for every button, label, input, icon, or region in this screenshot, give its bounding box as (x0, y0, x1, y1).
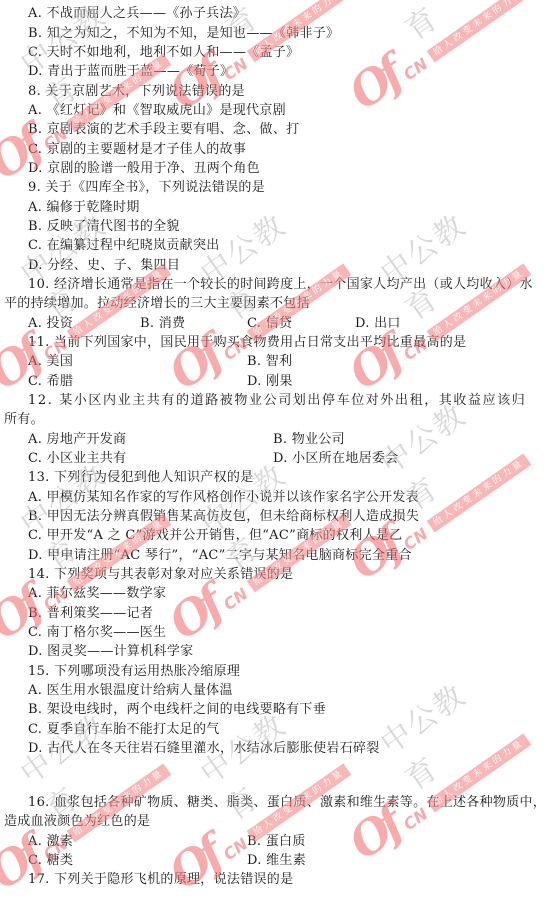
q15-option-c: C. 夏季自行车胎不能打太足的气 (0, 720, 550, 739)
q12-stem-line2: 所有。 (0, 410, 550, 429)
q13-option-a: A. 甲模仿某知名作家的写作风格创作小说并以该作家名字公开发表 (0, 488, 550, 507)
q10-option-c: C. 信贷 (247, 314, 292, 333)
q7-option-c: C. 天时不如地利，地利不如人和——《孟子》 (0, 43, 550, 62)
q14-stem: 14. 下列奖项与其表彰对象对应关系错误的是 (0, 565, 550, 584)
q13-option-c: C. 甲开发“A 之 C”游戏并公开销售，但“AC”商标的权利人是乙 (0, 526, 550, 545)
q15-option-a: A. 医生用水银温度计给病人量体温 (0, 681, 550, 700)
q12-options-row-1: A. 房地产开发商 B. 物业公司 (0, 430, 550, 449)
q8-option-d: D. 京剧的脸谱一般用于净、丑两个角色 (0, 159, 550, 178)
q11-stem: 11. 当前下列国家中，国民用于购买食物费用占日常支出平均比重最高的是 (0, 333, 550, 352)
q11-option-b: B. 智利 (247, 352, 292, 371)
q16-option-d: D. 维生素 (247, 851, 306, 870)
q15-option-b: B. 架设电线时，两个电线杆之间的电线要略有下垂 (0, 700, 550, 719)
q8-option-b: B. 京剧表演的艺术手段主要有唱、念、做、打 (0, 120, 550, 139)
q11-options-row-2: C. 希腊 D. 刚果 (0, 372, 550, 391)
q13-stem: 13. 下列行为侵犯到他人知识产权的是 (0, 468, 550, 487)
q16-stem-line1: 16. 血浆包括各种矿物质、糖类、脂类、蛋白质、激素和维生素等。在上述各种物质中… (0, 793, 550, 812)
q8-stem: 8. 关于京剧艺术，下列说法错误的是 (0, 82, 550, 101)
q16-option-c: C. 糖类 (28, 851, 73, 870)
q14-option-a: A. 菲尔兹奖——数学家 (0, 584, 550, 603)
q10-option-a: A. 投资 (28, 314, 73, 333)
q10-stem-line2: 平的持续增加。拉动经济增长的三大主要因素不包括 (0, 294, 550, 313)
q15-option-d: D. 古代人在冬天往岩石缝里灌水，水结冰后膨胀使岩石碎裂 (0, 739, 550, 758)
q12-option-c: C. 小区业主共有 (28, 449, 126, 468)
q9-option-b: B. 反映了清代图书的全貌 (0, 217, 550, 236)
q10-option-b: B. 消费 (140, 314, 185, 333)
q14-option-b: B. 普利策奖——记者 (0, 604, 550, 623)
q17-stem: 17. 下列关于隐形飞机的原理，说法错误的是 (0, 870, 550, 889)
q9-stem: 9. 关于《四库全书》，下列说法错误的是 (0, 178, 550, 197)
q14-option-d: D. 图灵奖——计算机科学家 (0, 642, 550, 661)
q10-stem-line1: 10. 经济增长通常是指在一个较长的时间跨度上，一个国家人均产出（或人均收入）水 (0, 275, 550, 294)
q10-options-row: A. 投资 B. 消费 C. 信贷 D. 出口 (0, 314, 550, 333)
q13-option-b: B. 甲因无法分辨真假销售某高仿皮包，但未给商标权利人造成损失 (0, 507, 550, 526)
q14-option-c: C. 南丁格尔奖——医生 (0, 623, 550, 642)
q15-stem: 15. 下列哪项没有运用热胀冷缩原理 (0, 662, 550, 681)
q11-option-d: D. 刚果 (247, 372, 293, 391)
q11-options-row-1: A. 美国 B. 智利 (0, 352, 550, 371)
q12-stem-line1: 12. 某小区内业主共有的道路被物业公司划出停车位对外出租，其收益应该归 (0, 391, 550, 410)
q8-option-a: A. 《红灯记》和《智取威虎山》是现代京剧 (0, 101, 550, 120)
q12-option-a: A. 房地产开发商 (28, 430, 126, 449)
q11-option-c: C. 希腊 (28, 372, 73, 391)
q8-option-c: C. 京剧的主要题材是才子佳人的故事 (0, 140, 550, 159)
q7-option-b: B. 知之为知之，不知为不知，是知也——《韩非子》 (0, 24, 550, 43)
q16-option-b: B. 蛋白质 (247, 832, 306, 851)
q12-options-row-2: C. 小区业主共有 D. 小区所在地居委会 (0, 449, 550, 468)
q10-option-d: D. 出口 (355, 314, 401, 333)
q7-option-d: D. 青出于蓝而胜于蓝——《荀子》 (0, 62, 550, 81)
q12-option-b: B. 物业公司 (273, 430, 345, 449)
q9-option-d: D. 分经、史、子、集四目 (0, 256, 550, 275)
q9-option-a: A. 编修于乾隆时期 (0, 198, 550, 217)
exam-page: A. 不战而屈人之兵——《孙子兵法》 B. 知之为知之，不知为不知，是知也——《… (0, 0, 550, 907)
q11-option-a: A. 美国 (28, 352, 73, 371)
q13-option-d: D. 甲申请注册“AC 琴行”，“AC”二字与某知名电脑商标完全重合 (0, 546, 550, 565)
q16-options-row-1: A. 激素 B. 蛋白质 (0, 832, 550, 851)
q7-option-a: A. 不战而屈人之兵——《孙子兵法》 (0, 4, 550, 23)
q12-option-d: D. 小区所在地居委会 (273, 449, 399, 468)
q16-stem-line2: 造成血液颜色为红色的是 (0, 812, 550, 831)
q16-option-a: A. 激素 (28, 832, 73, 851)
q9-option-c: C. 在编纂过程中纪晓岚贡献突出 (0, 236, 550, 255)
q16-options-row-2: C. 糖类 D. 维生素 (0, 851, 550, 870)
